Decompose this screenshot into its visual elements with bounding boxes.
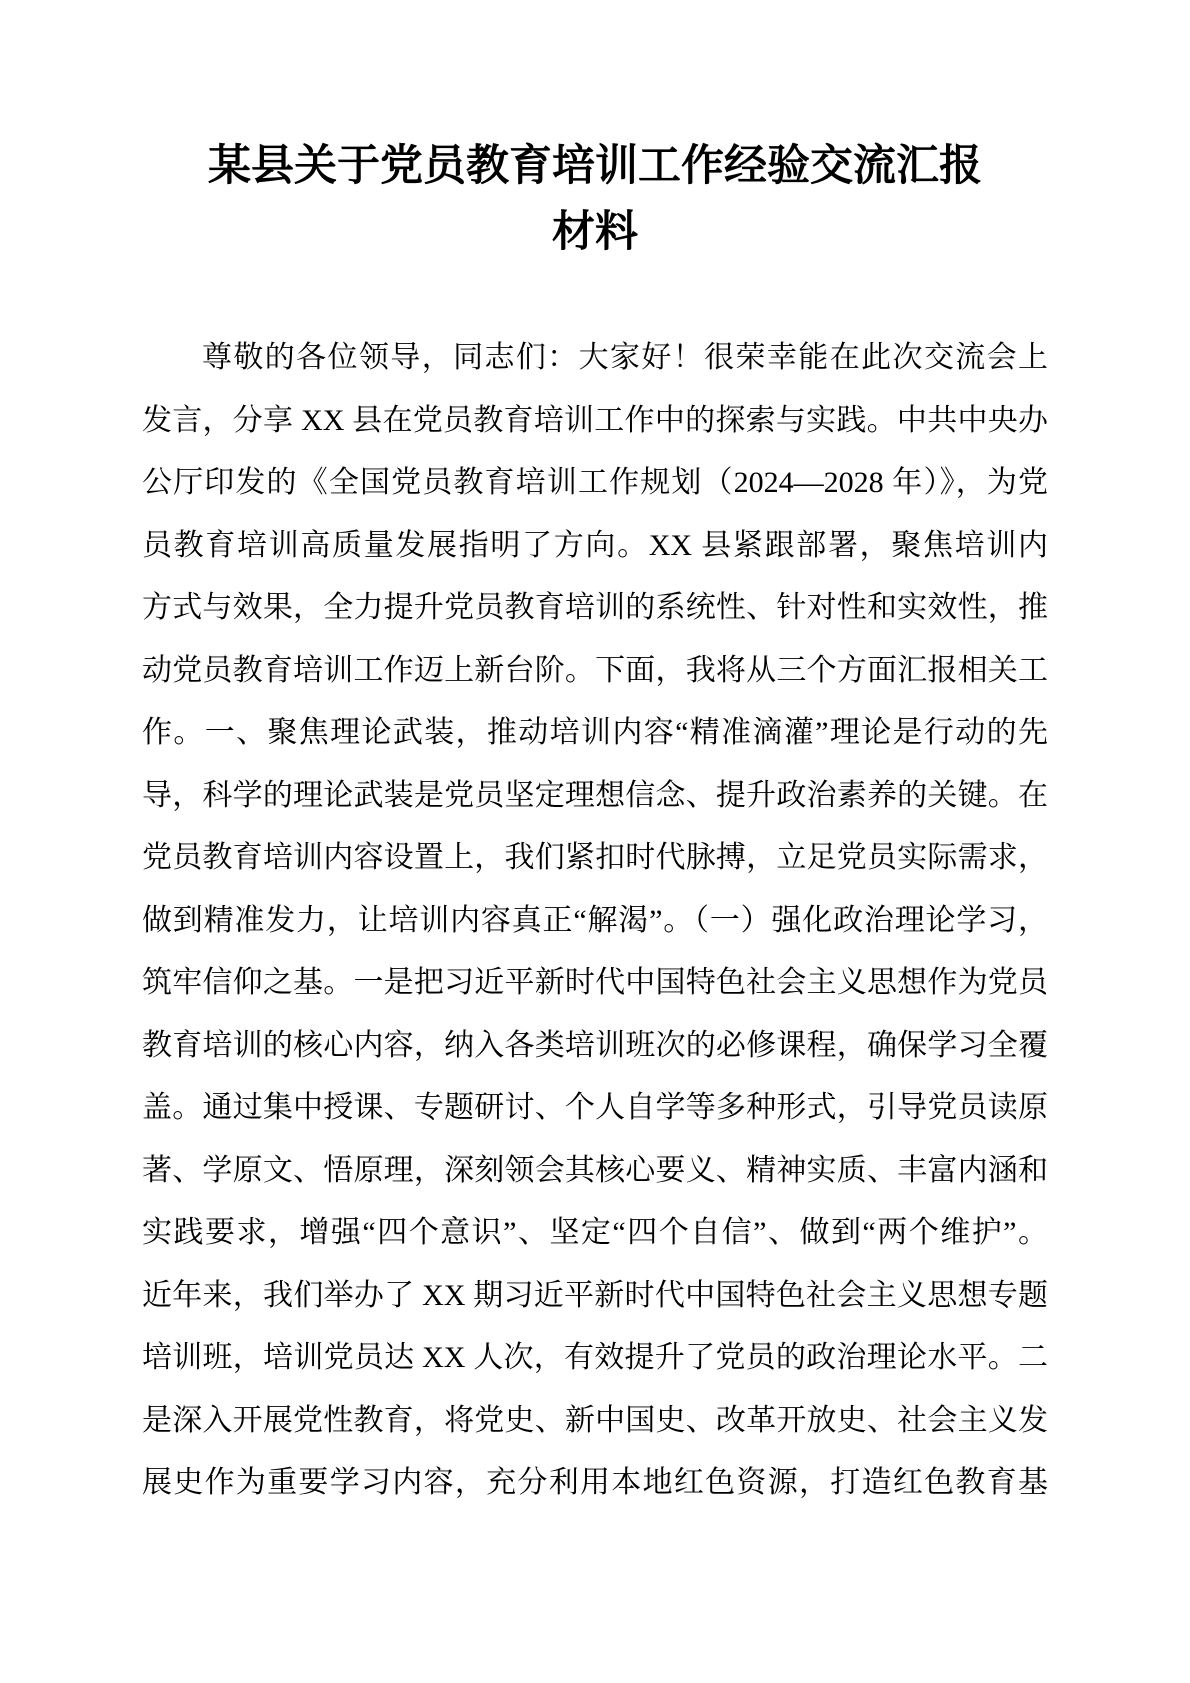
body-text-line: 党员教育培训内容设置上，我们紧扣时代脉搏，立足党员实际需求，	[142, 827, 1048, 890]
body-text-line: 员教育培训高质量发展指明了方向。XX 县紧跟部署，聚焦培训内容、	[142, 515, 1048, 578]
body-text-line: 公厅印发的《全国党员教育培训工作规划（2024—2028 年）》，为党	[142, 452, 1048, 515]
body-text-line: 导，科学的理论武装是党员坚定理想信念、提升政治素养的关键。在	[142, 765, 1048, 828]
body-text-line: 盖。通过集中授课、专题研讨、个人自学等多种形式，引导党员读原	[142, 1077, 1048, 1140]
body-text-line: 著、学原文、悟原理，深刻领会其核心要义、精神实质、丰富内涵和	[142, 1140, 1048, 1203]
document-title-line-2: 材料	[100, 199, 1090, 265]
document-page: 某县关于党员教育培训工作经验交流汇报 材料 尊敬的各位领导，同志们：大家好！很荣…	[0, 0, 1190, 1683]
body-text-line: 发言，分享 XX 县在党员教育培训工作中的探索与实践。中共中央办	[142, 390, 1048, 453]
body-text-line: 实践要求，增强“四个意识”、坚定“四个自信”、做到“两个维护”。	[142, 1202, 1048, 1265]
body-text-line: 做到精准发力，让培训内容真正“解渴”。（一）强化政治理论学习，	[142, 890, 1048, 953]
body-text-line: 动党员教育培训工作迈上新台阶。下面，我将从三个方面汇报相关工	[142, 640, 1048, 703]
body-text-line: 是深入开展党性教育，将党史、新中国史、改革开放史、社会主义发	[142, 1390, 1048, 1453]
body-text-line: 近年来，我们举办了 XX 期习近平新时代中国特色社会主义思想专题	[142, 1265, 1048, 1328]
body-text-line: 培训班，培训党员达 XX 人次，有效提升了党员的政治理论水平。二	[142, 1327, 1048, 1390]
document-title-line-1: 某县关于党员教育培训工作经验交流汇报	[100, 133, 1090, 199]
document-body: 尊敬的各位领导，同志们：大家好！很荣幸能在此次交流会上发言，分享 XX 县在党员…	[142, 327, 1048, 1515]
body-text-line: 作。一、聚焦理论武装，推动培训内容“精准滴灌”理论是行动的先	[142, 702, 1048, 765]
body-text-line: 教育培训的核心内容，纳入各类培训班次的必修课程，确保学习全覆	[142, 1015, 1048, 1078]
document-title: 某县关于党员教育培训工作经验交流汇报 材料	[100, 133, 1090, 265]
body-text-line: 展史作为重要学习内容，充分利用本地红色资源，打造红色教育基地，	[142, 1452, 1048, 1515]
body-text-line: 方式与效果，全力提升党员教育培训的系统性、针对性和实效性，推	[142, 577, 1048, 640]
body-text-line: 筑牢信仰之基。一是把习近平新时代中国特色社会主义思想作为党员	[142, 952, 1048, 1015]
body-text-line: 尊敬的各位领导，同志们：大家好！很荣幸能在此次交流会上	[142, 327, 1048, 390]
